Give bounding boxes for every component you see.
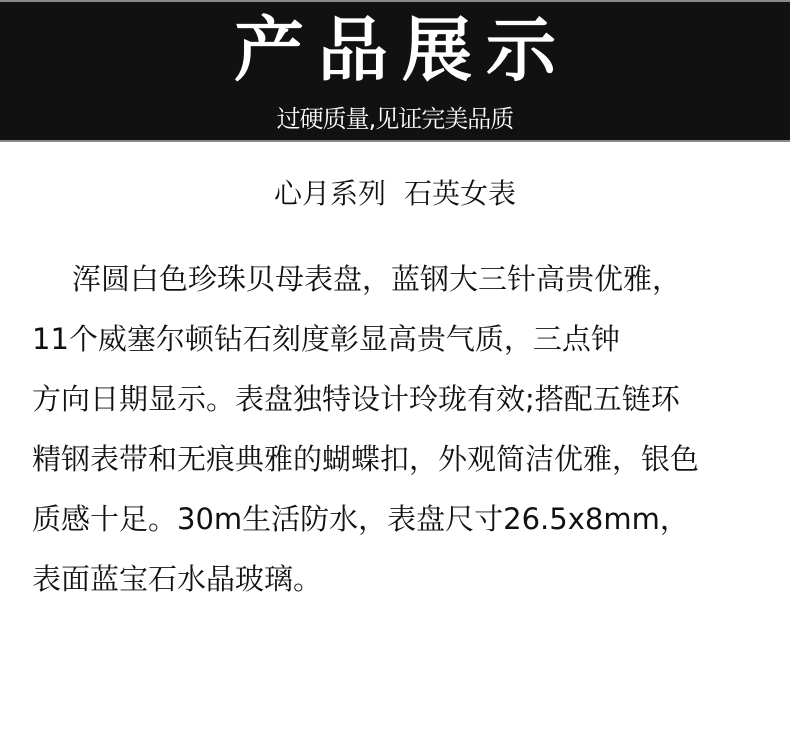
header-banner: 产品展示 过硬质量,见证完美品质 — [0, 0, 790, 142]
description-line: 质感十足。30m生活防水，表盘尺寸26.5x8mm， — [32, 489, 762, 549]
description-line: 表面蓝宝石水晶玻璃。 — [32, 549, 762, 609]
page-title: 产品展示 — [0, 8, 790, 92]
page-subtitle: 过硬质量,见证完美品质 — [0, 102, 790, 136]
description-line: 方向日期显示。表盘独特设计玲珑有效;搭配五链环 — [32, 369, 762, 429]
description-line: 精钢表带和无痕典雅的蝴蝶扣，外观简洁优雅，银色 — [32, 429, 762, 489]
product-description: 浑圆白色珍珠贝母表盘，蓝钢大三针高贵优雅， 11个威塞尔顿钻石刻度彰显高贵气质，… — [32, 249, 762, 609]
product-heading: 心月系列石英女表 — [0, 175, 790, 213]
description-line: 浑圆白色珍珠贝母表盘，蓝钢大三针高贵优雅， — [32, 249, 762, 309]
product-series: 心月系列 — [274, 177, 386, 210]
description-line: 11个威塞尔顿钻石刻度彰显高贵气质，三点钟 — [32, 309, 762, 369]
product-name: 石英女表 — [404, 177, 516, 210]
